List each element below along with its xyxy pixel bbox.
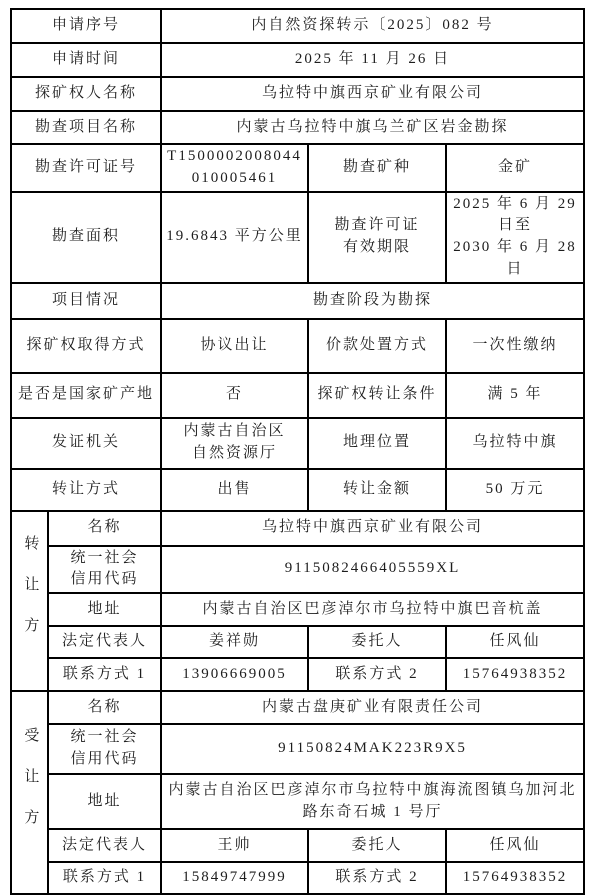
transferee-credit-code-label: 统一社会 信用代码	[48, 724, 161, 774]
transferor-legal-rep-label: 法定代表人	[48, 626, 161, 658]
mineral-label: 勘查矿种	[308, 144, 446, 192]
validity-value: 2025 年 6 月 29 日至 2030 年 6 月 28 日	[446, 192, 584, 283]
row-application-no: 申请序号 内自然资探转示〔2025〕082 号	[11, 9, 584, 43]
row-issuing-authority: 发证机关 内蒙古自治区 自然资源厅 地理位置 乌拉特中旗	[11, 418, 584, 469]
row-transferee-contact: 联系方式 1 15849747999 联系方式 2 15764938352	[11, 862, 584, 894]
row-transferee-legal-rep: 法定代表人 王帅 委托人 任风仙	[11, 829, 584, 862]
row-acquisition-method: 探矿权取得方式 协议出让 价款处置方式 一次性缴纳	[11, 319, 584, 373]
transferee-credit-code-value: 91150824MAK223R9X5	[161, 724, 584, 774]
location-value: 乌拉特中旗	[446, 418, 584, 469]
transferor-credit-code-value: 9115082466405559XL	[161, 546, 584, 594]
area-label: 勘查面积	[11, 192, 161, 283]
transfer-condition-label: 探矿权转让条件	[308, 373, 446, 418]
transferor-contact2-label: 联系方式 2	[308, 658, 446, 691]
transferor-contact1-label: 联系方式 1	[48, 658, 161, 691]
mineral-value: 金矿	[446, 144, 584, 192]
transferee-name-value: 内蒙古盘庚矿业有限责任公司	[161, 691, 584, 724]
transferor-legal-rep-value: 姜祥勋	[161, 626, 308, 658]
transferee-agent-label: 委托人	[308, 829, 446, 862]
transferee-contact1-label: 联系方式 1	[48, 862, 161, 894]
row-national-mineral-site: 是否是国家矿产地 否 探矿权转让条件 满 5 年	[11, 373, 584, 418]
transferor-address-value: 内蒙古自治区巴彦淖尔市乌拉特中旗巴音杭盖	[161, 593, 584, 626]
row-transferee-address: 地址 内蒙古自治区巴彦淖尔市乌拉特中旗海流图镇乌加河北路东奇石城 1 号厅	[11, 774, 584, 829]
national-mineral-site-value: 否	[161, 373, 308, 418]
row-license-no: 勘查许可证号 T1500002008044010005461 勘查矿种 金矿	[11, 144, 584, 192]
row-transferor-address: 地址 内蒙古自治区巴彦淖尔市乌拉特中旗巴音杭盖	[11, 593, 584, 626]
validity-label: 勘查许可证 有效期限	[308, 192, 446, 283]
row-project-status: 项目情况 勘查阶段为勘探	[11, 283, 584, 319]
project-status-value: 勘查阶段为勘探	[161, 283, 584, 319]
payment-method-label: 价款处置方式	[308, 319, 446, 373]
row-transferor-contact: 联系方式 1 13906669005 联系方式 2 15764938352	[11, 658, 584, 691]
transfer-method-value: 出售	[161, 469, 308, 511]
transfer-amount-value: 50 万元	[446, 469, 584, 511]
license-no-label: 勘查许可证号	[11, 144, 161, 192]
transferee-address-label: 地址	[48, 774, 161, 829]
transferor-credit-code-label: 统一社会 信用代码	[48, 546, 161, 594]
row-licensee-name: 探矿权人名称 乌拉特中旗西京矿业有限公司	[11, 77, 584, 111]
area-value: 19.6843 平方公里	[161, 192, 308, 283]
acquisition-method-label: 探矿权取得方式	[11, 319, 161, 373]
application-date-label: 申请时间	[11, 43, 161, 77]
row-transferor-credit-code: 统一社会 信用代码 9115082466405559XL	[11, 546, 584, 594]
row-transferee-credit-code: 统一社会 信用代码 91150824MAK223R9X5	[11, 724, 584, 774]
location-label: 地理位置	[308, 418, 446, 469]
transferor-name-value: 乌拉特中旗西京矿业有限公司	[161, 511, 584, 546]
transferee-contact2-value: 15764938352	[446, 862, 584, 894]
licensee-name-value: 乌拉特中旗西京矿业有限公司	[161, 77, 584, 111]
transferee-agent-value: 任风仙	[446, 829, 584, 862]
license-no-value: T1500002008044010005461	[161, 144, 308, 192]
transferor-agent-label: 委托人	[308, 626, 446, 658]
issuing-authority-label: 发证机关	[11, 418, 161, 469]
row-transferor-legal-rep: 法定代表人 姜祥勋 委托人 任风仙	[11, 626, 584, 658]
national-mineral-site-label: 是否是国家矿产地	[11, 373, 161, 418]
project-name-label: 勘查项目名称	[11, 111, 161, 144]
payment-method-value: 一次性缴纳	[446, 319, 584, 373]
project-name-value: 内蒙古乌拉特中旗乌兰矿区岩金勘探	[161, 111, 584, 144]
transfer-amount-label: 转让金额	[308, 469, 446, 511]
transferor-contact1-value: 13906669005	[161, 658, 308, 691]
acquisition-method-value: 协议出让	[161, 319, 308, 373]
transferee-contact2-label: 联系方式 2	[308, 862, 446, 894]
transferee-legal-rep-label: 法定代表人	[48, 829, 161, 862]
row-transferor-name: 转让方 名称 乌拉特中旗西京矿业有限公司	[11, 511, 584, 546]
row-project-name: 勘查项目名称 内蒙古乌拉特中旗乌兰矿区岩金勘探	[11, 111, 584, 144]
row-transfer-method: 转让方式 出售 转让金额 50 万元	[11, 469, 584, 511]
application-no-value: 内自然资探转示〔2025〕082 号	[161, 9, 584, 43]
transfer-method-label: 转让方式	[11, 469, 161, 511]
issuing-authority-value: 内蒙古自治区 自然资源厅	[161, 418, 308, 469]
transferee-name-label: 名称	[48, 691, 161, 724]
row-area: 勘查面积 19.6843 平方公里 勘查许可证 有效期限 2025 年 6 月 …	[11, 192, 584, 283]
application-no-label: 申请序号	[11, 9, 161, 43]
transferee-side-label: 受让方	[11, 691, 48, 894]
transferor-side-label-text: 转让方	[19, 535, 41, 658]
transfer-notice-table: 申请序号 内自然资探转示〔2025〕082 号 申请时间 2025 年 11 月…	[10, 8, 585, 895]
transferor-side-label: 转让方	[11, 511, 48, 692]
transferee-contact1-value: 15849747999	[161, 862, 308, 894]
project-status-label: 项目情况	[11, 283, 161, 319]
transferor-contact2-value: 15764938352	[446, 658, 584, 691]
transfer-condition-value: 满 5 年	[446, 373, 584, 418]
row-application-date: 申请时间 2025 年 11 月 26 日	[11, 43, 584, 77]
transferor-agent-value: 任风仙	[446, 626, 584, 658]
transferor-name-label: 名称	[48, 511, 161, 546]
notice-page: 申请序号 内自然资探转示〔2025〕082 号 申请时间 2025 年 11 月…	[0, 0, 591, 856]
row-transferee-name: 受让方 名称 内蒙古盘庚矿业有限责任公司	[11, 691, 584, 724]
licensee-name-label: 探矿权人名称	[11, 77, 161, 111]
transferee-legal-rep-value: 王帅	[161, 829, 308, 862]
transferee-side-label-text: 受让方	[19, 727, 41, 850]
transferee-address-value: 内蒙古自治区巴彦淖尔市乌拉特中旗海流图镇乌加河北路东奇石城 1 号厅	[161, 774, 584, 829]
application-date-value: 2025 年 11 月 26 日	[161, 43, 584, 77]
transferor-address-label: 地址	[48, 593, 161, 626]
